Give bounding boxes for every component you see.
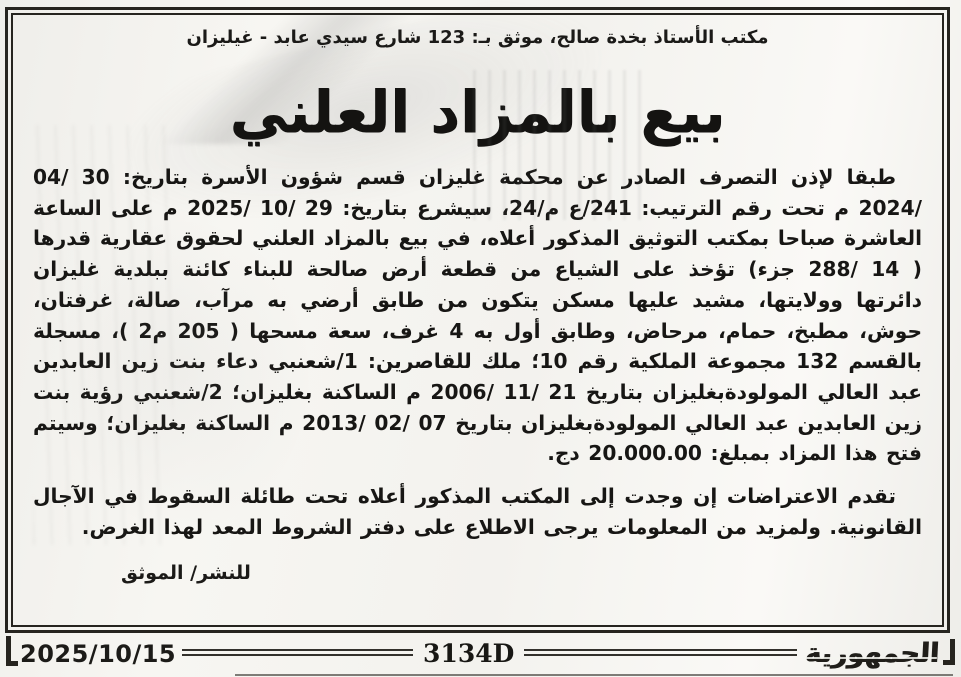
divider-rule xyxy=(182,649,413,656)
ad-reference-number: 3134D xyxy=(413,639,524,672)
scanned-newspaper-notice: { "notice": { "office_header": "مكتب الأ… xyxy=(0,0,961,677)
bottom-scan-line xyxy=(235,674,953,676)
newspaper-logo: الجمهورية xyxy=(796,638,944,673)
frame-corner-right xyxy=(943,639,955,665)
publication-signature: للنشر/ الموثق xyxy=(29,562,926,584)
document-inner-frame: مكتب الأستاذ بخدة صالح، موثق بـ: 123 شار… xyxy=(11,13,944,627)
objections-paragraph: تقدم الاعتراضات إن وجدت إلى المكتب المذك… xyxy=(29,481,926,542)
divider-rule xyxy=(524,649,797,656)
publication-date: 2025/10/15 xyxy=(18,640,182,670)
auction-notice-title: بيع بالمزاد العلني xyxy=(29,78,926,146)
auction-details-paragraph: طبقا لإذن التصرف الصادر عن محكمة غليزان … xyxy=(29,162,926,469)
notary-office-header: مكتب الأستاذ بخدة صالح، موثق بـ: 123 شار… xyxy=(29,27,926,48)
document-outer-frame: مكتب الأستاذ بخدة صالح، موثق بـ: 123 شار… xyxy=(5,7,950,633)
frame-corner-left xyxy=(6,636,18,666)
newspaper-footer: 2025/10/15 3134D الجمهورية xyxy=(0,633,961,677)
